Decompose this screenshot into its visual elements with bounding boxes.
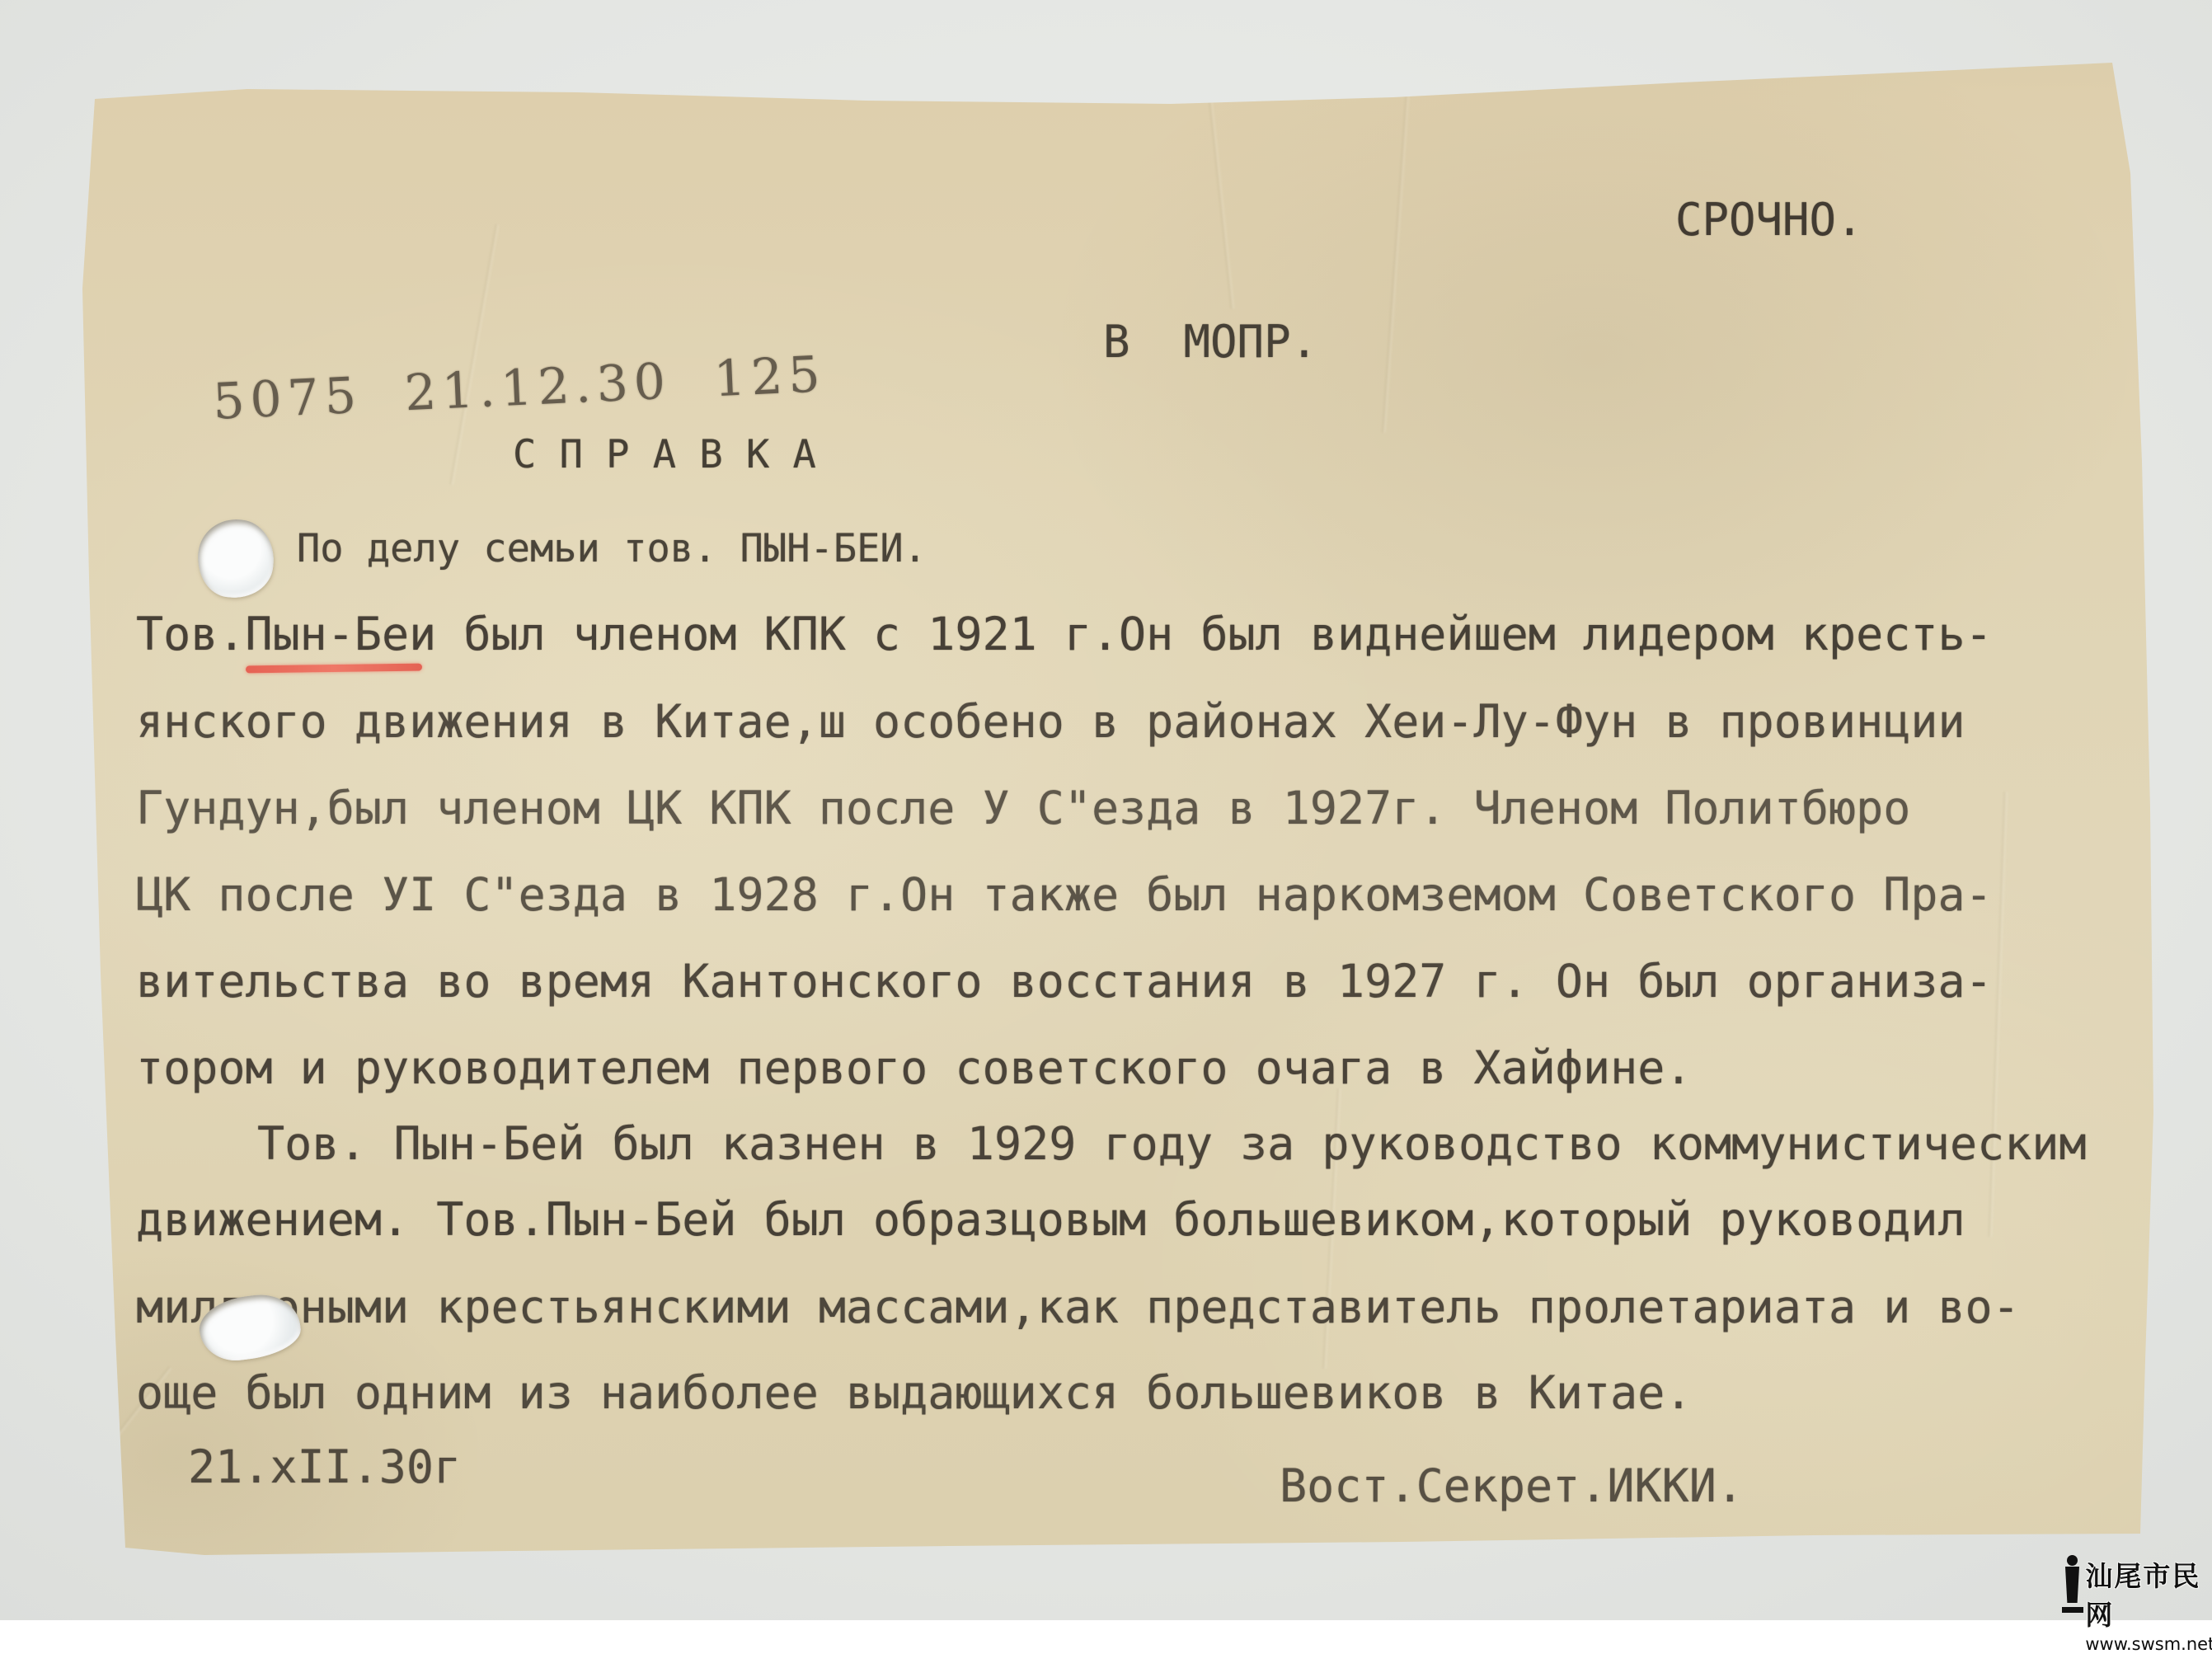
body-line: Тов. Пын-Бей был казнен в 1929 году за р… (257, 1121, 2087, 1167)
body-line: вительства во время Кантонского восстани… (136, 959, 1993, 1004)
statue-pedestal (2062, 1607, 2083, 1613)
body-line: тором и руководителем первого советского… (136, 1045, 1692, 1091)
addressee-line: В МОПР. (1103, 320, 1317, 364)
body-line: движением. Тов.Пын-Бей был образцовым бо… (136, 1197, 1965, 1243)
paper-crease (1381, 78, 1411, 432)
document-title: С П Р А В К А (513, 435, 816, 474)
body-line: ЦК после УI С"езда в 1928 г.Он также был… (136, 872, 1993, 918)
body-line: Тов.Пын-Беи был членом КПК с 1921 г.Он б… (136, 612, 1993, 657)
subject-line: По делу семьи тов. ПЫН-БЕИ. (297, 529, 927, 568)
body-line: Гундун,был членом ЦК КПК после У С"езда … (136, 786, 1910, 831)
urgency-label: СРОЧНО. (1675, 198, 1863, 242)
red-underline-mark (246, 664, 422, 674)
site-watermark: 汕尾市民网 www.swsm.net (2059, 1555, 2212, 1620)
body-line: още был одним из наиболее выдающихся бол… (136, 1370, 1692, 1416)
registration-stamp: 5075 21.12.30 125 (212, 345, 827, 431)
paper-crease (449, 224, 500, 485)
paper-sheet: СРОЧНО. В МОПР. 5075 21.12.30 125 С П Р … (0, 0, 2212, 1620)
paper-crease (1207, 95, 1235, 308)
statue-person-icon (2059, 1555, 2082, 1614)
body-line: янского движения в Китае,ш особено в рай… (136, 699, 1965, 745)
signature-line: Вост.Секрет.ИККИ. (1280, 1464, 1744, 1509)
scan-background: СРОЧНО. В МОПР. 5075 21.12.30 125 С П Р … (0, 0, 2212, 1620)
watermark-site-name: 汕尾市民网 (2085, 1555, 2212, 1620)
body-line: миллиоными крестьянскими массами,как пре… (136, 1285, 2020, 1330)
date-line: 21.хII.30г (188, 1445, 461, 1490)
